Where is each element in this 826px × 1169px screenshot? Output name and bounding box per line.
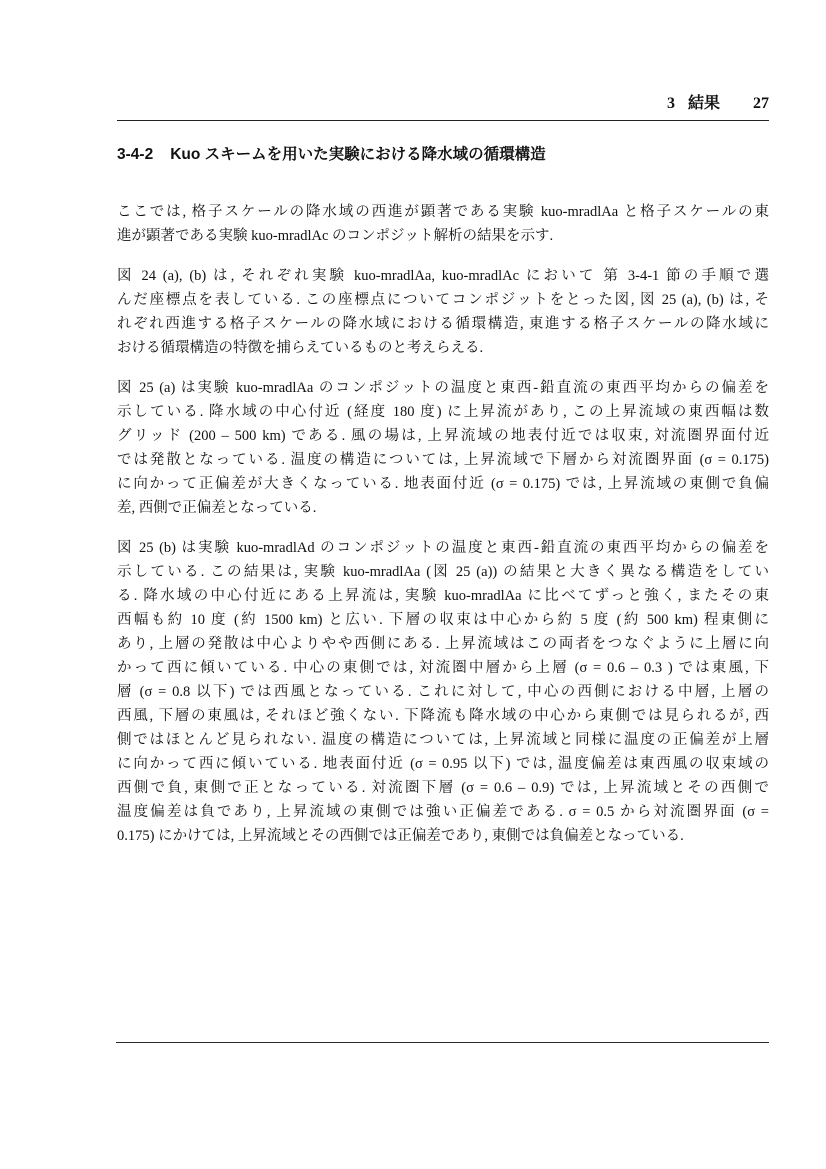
- text-line: れぞれ西進する格子スケールの降水域における循環構造, 東進する格子スケールの降水…: [117, 312, 769, 336]
- text-line: んだ座標点を表している. この座標点についてコンポジットをとった図, 図 25 …: [117, 288, 769, 312]
- text-line: 側ではほとんど見られない. 温度の構造については, 上昇流域と同様に温度の正偏差…: [117, 728, 769, 752]
- text-line: 温度偏差は負であり, 上昇流域の東側では強い正偏差である. σ = 0.5 から…: [117, 800, 769, 824]
- text-line: おける循環構造の特徴を捕らえているものと考えらえる.: [117, 336, 769, 360]
- paragraph: 図 25 (b) は実験 kuo-mradlAd のコンポジットの温度と東西-鉛…: [117, 536, 769, 848]
- text-line: 示している. 降水域の中心付近 (経度 180 度) に上昇流があり, この上昇…: [117, 400, 769, 424]
- section-heading-number: 3-4-2: [117, 146, 153, 163]
- text-line: る. 降水域の中心付近にある上昇流は, 実験 kuo-mradlAa に比べてず…: [117, 584, 769, 608]
- text-line: かって西に傾いている. 中心の東側では, 対流圏中層から上層 (σ = 0.6 …: [117, 656, 769, 680]
- page-header: 3 結果 27: [117, 94, 769, 114]
- text-line: あり, 上層の発散は中心よりやや西側にある. 上昇流域はこの両者をつなぐように上…: [117, 632, 769, 656]
- section-heading-title: Kuo スキームを用いた実験における降水域の循環構造: [170, 146, 545, 163]
- text-line: 層 (σ = 0.8 以下) では西風となっている. これに対して, 中心の西側…: [117, 680, 769, 704]
- text-line: 図 24 (a), (b) は, それぞれ実験 kuo-mradlAa, kuo…: [117, 264, 769, 288]
- text-line: 示している. この結果は, 実験 kuo-mradlAa (図 25 (a)) …: [117, 560, 769, 584]
- text-line: に向かって西に傾いている. 地表面付近 (σ = 0.95 以下) では, 温度…: [117, 752, 769, 776]
- text-line: 進が顕著である実験 kuo-mradlAc のコンポジット解析の結果を示す.: [117, 224, 769, 248]
- footer-rule: [116, 1042, 769, 1043]
- text-line: 西側で負, 東側で正となっている. 対流圏下層 (σ = 0.6 – 0.9) …: [117, 776, 769, 800]
- text-line: ここでは, 格子スケールの降水域の西進が顕著である実験 kuo-mradlAa …: [117, 200, 769, 224]
- text-line: 差, 西側で正偏差となっている.: [117, 496, 769, 520]
- header-section-title: 結果: [688, 94, 720, 114]
- header-page-number: 27: [753, 94, 769, 114]
- text-line: では発散となっている. 温度の構造については, 上昇流域で下層から対流圏界面 (…: [117, 448, 769, 472]
- text-line: 西幅も約 10 度 (約 1500 km) と広い. 下層の収束は中心から約 5…: [117, 608, 769, 632]
- header-rule: [117, 120, 769, 121]
- text-line: 0.175) にかけては, 上昇流域とその西側では正偏差であり, 東側では負偏差…: [117, 824, 769, 848]
- text-line: グリッド (200 – 500 km) である. 風の場は, 上昇流域の地表付近…: [117, 424, 769, 448]
- text-line: に向かって正偏差が大きくなっている. 地表面付近 (σ = 0.175) では,…: [117, 472, 769, 496]
- text-line: 西風, 下層の東風は, それほど強くない. 下降流も降水域の中心から東側では見ら…: [117, 704, 769, 728]
- document-page: 3 結果 27 3-4-2Kuo スキームを用いた実験における降水域の循環構造 …: [0, 0, 826, 1169]
- text-line: 図 25 (b) は実験 kuo-mradlAd のコンポジットの温度と東西-鉛…: [117, 536, 769, 560]
- paragraph: 図 24 (a), (b) は, それぞれ実験 kuo-mradlAa, kuo…: [117, 264, 769, 360]
- text-line: 図 25 (a) は実験 kuo-mradlAa のコンポジットの温度と東西-鉛…: [117, 376, 769, 400]
- paragraph: ここでは, 格子スケールの降水域の西進が顕著である実験 kuo-mradlAa …: [117, 200, 769, 248]
- body-text: ここでは, 格子スケールの降水域の西進が顕著である実験 kuo-mradlAa …: [117, 200, 769, 848]
- header-section-number: 3: [667, 94, 675, 114]
- section-heading: 3-4-2Kuo スキームを用いた実験における降水域の循環構造: [117, 144, 769, 166]
- paragraph: 図 25 (a) は実験 kuo-mradlAa のコンポジットの温度と東西-鉛…: [117, 376, 769, 520]
